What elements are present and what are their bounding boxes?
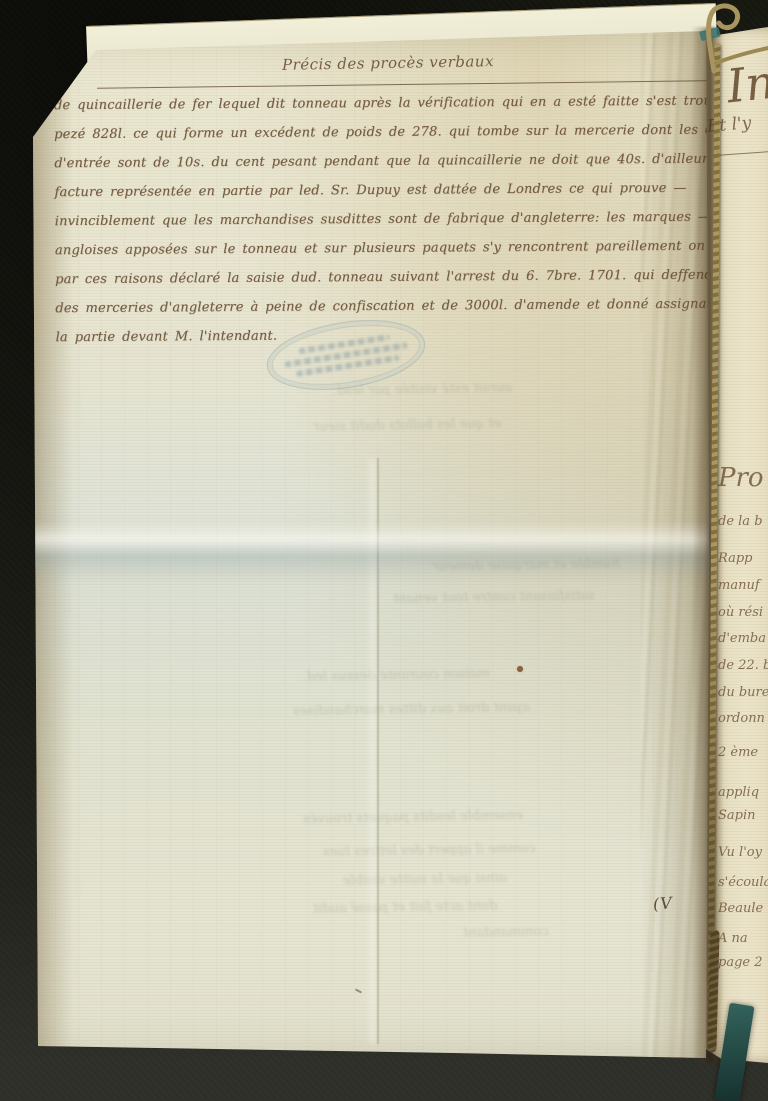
manuscript-line: d'entrée sont de 10s. du cent pesant pen… (54, 152, 704, 172)
facing-line-fragment: Pro (718, 463, 764, 493)
manuscript-line: de quincaillerie de fer lequel dit tonne… (54, 94, 704, 114)
facing-line-fragment: Beaule (718, 901, 763, 916)
manuscript-scan: In Et l'y Prode la bRappmanufoù résid'em… (0, 0, 768, 1101)
facing-line-fragment: page 2 (718, 955, 763, 970)
manuscript-line: par ces raisons déclaré la saisie dud. t… (55, 268, 705, 288)
ink-spot (517, 666, 523, 672)
binding-cord-loop (686, 1, 768, 75)
facing-line-fragment: s'écoula (718, 875, 768, 890)
facing-line-fragment: où rési (718, 605, 763, 620)
stray-ink-mark: (V (652, 893, 673, 914)
horizontal-fold-crease (33, 522, 709, 584)
manuscript-line: facture représentée en partie par led. S… (54, 181, 704, 201)
manuscript-page: aurait esté visitée par lesd.et que les … (33, 30, 709, 1062)
facing-line-fragment: d'emba (718, 631, 766, 646)
manuscript-line: pezé 828l. ce qui forme un excédent de p… (54, 123, 704, 143)
manuscript-line: angloises apposées sur le tonneau et sur… (55, 239, 705, 259)
manuscript-line: invinciblement que les marchandises susd… (55, 210, 705, 230)
facing-line-fragment: de 22. b (718, 658, 768, 673)
facing-line-fragment: 2 ème (718, 745, 758, 760)
manuscript-line: des merceries d'angleterre à peine de co… (55, 297, 705, 317)
facing-line-fragment: appliq (718, 785, 759, 800)
facing-line-fragment: du bure (718, 685, 768, 700)
facing-line-fragment: ordonn (718, 711, 765, 726)
facing-line-fragment: manuf (718, 578, 760, 593)
facing-line-fragment: Vu l'oy (718, 845, 762, 860)
facing-line-fragment: de la b (718, 514, 763, 529)
